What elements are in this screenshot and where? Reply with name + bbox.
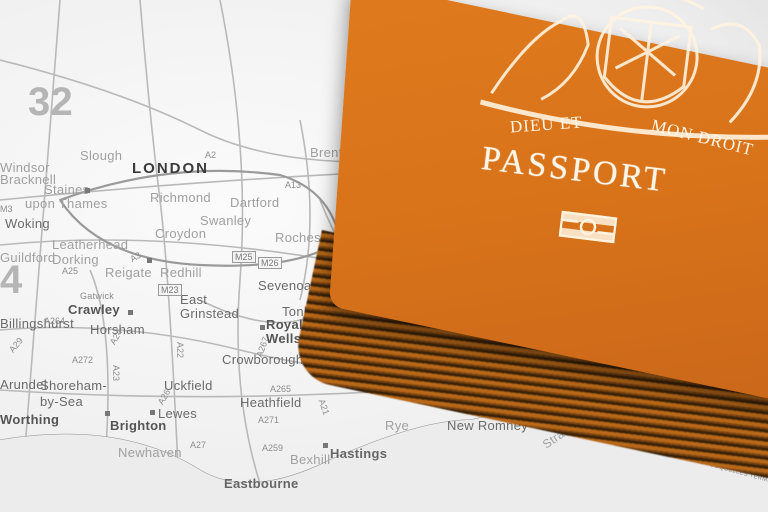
place-label: Arundel — [0, 377, 47, 392]
road-label: A271 — [258, 415, 279, 425]
place-label: Shoreham-by-Sea — [40, 378, 120, 410]
place-label: Dartford — [230, 195, 279, 210]
town-marker — [147, 258, 152, 263]
motorway-label: M26 — [258, 257, 282, 269]
place-label: East Grinstead — [180, 293, 260, 321]
place-label: Uckfield — [164, 378, 213, 393]
motorway-label: M23 — [158, 284, 182, 296]
place-label: Leatherhead — [52, 237, 128, 252]
road-label: A27 — [190, 440, 206, 450]
road-label: A25 — [62, 266, 78, 276]
town-marker — [105, 411, 110, 416]
place-label: Hastings — [330, 446, 387, 461]
place-label: Slough — [80, 148, 122, 163]
place-label: Gatwick — [80, 291, 114, 301]
place-label: Dorking — [52, 252, 99, 267]
place-label: Worthing — [0, 412, 59, 427]
photo-scene: 32 46 4 15 LONDON Slough Windsor Brackne… — [0, 0, 768, 512]
town-marker — [260, 325, 265, 330]
place-label: Brighton — [110, 418, 167, 433]
road-label: A2 — [205, 150, 216, 160]
road-label: A22 — [175, 342, 185, 358]
place-label: Swanley — [200, 213, 251, 228]
place-label: Croydon — [155, 226, 206, 241]
place-label: Richmond — [150, 190, 211, 205]
place-label: Heathfield — [240, 395, 302, 410]
town-marker — [150, 410, 155, 415]
road-label: A13 — [285, 180, 301, 190]
road-label: A23 — [111, 365, 121, 381]
place-label: Woking — [5, 216, 50, 231]
place-label: LONDON — [132, 160, 209, 177]
town-marker — [128, 310, 133, 315]
town-marker — [85, 188, 90, 193]
place-label: Bexhill — [290, 452, 330, 467]
road-label: M3 — [0, 204, 13, 214]
road-label: A264 — [44, 316, 65, 326]
place-label: Newhaven — [118, 445, 182, 460]
map-grid-number: 32 — [28, 80, 73, 125]
road-label: A259 — [262, 443, 283, 453]
place-label: Reigate — [105, 265, 152, 280]
place-label: Staines — [44, 182, 89, 197]
place-label: Guildford — [0, 250, 55, 265]
road-label: A272 — [72, 355, 93, 365]
place-label: upon Thames — [25, 196, 108, 211]
road-label: A265 — [270, 384, 291, 394]
place-label: Redhill — [160, 265, 202, 280]
place-label: Crawley — [68, 302, 120, 317]
place-label: Eastbourne — [224, 476, 299, 491]
motorway-label: M25 — [232, 251, 256, 263]
town-marker — [323, 443, 328, 448]
